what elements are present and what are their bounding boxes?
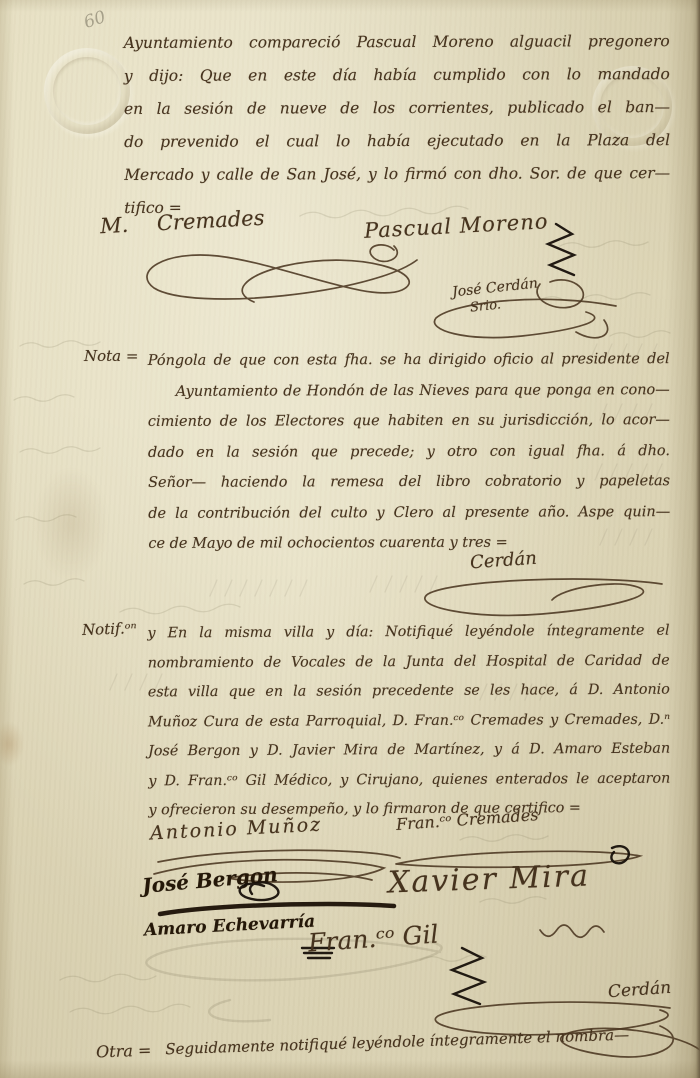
manuscript-line: Señor— haciendo la remesa del libro cobr… bbox=[148, 466, 670, 498]
manuscript-line: y D. Fran.ᶜᵒ Gil Médico, y Cirujano, qui… bbox=[148, 764, 670, 796]
signature-rubric bbox=[536, 918, 616, 944]
manuscript-page: 60 Ayuntamiento compareció Pascual Moren… bbox=[0, 0, 700, 1078]
manuscript-line: do prevenido el cual lo había ejecutado … bbox=[124, 124, 670, 159]
manuscript-line: Ayuntamiento compareció Pascual Moreno a… bbox=[124, 25, 670, 60]
manuscript-line: en la sesión de nueve de los corrientes,… bbox=[124, 91, 670, 126]
manuscript-line: Mercado y calle de San José, y lo firmó … bbox=[124, 157, 670, 192]
manuscript-line: y dijo: Que en este día había cumplido c… bbox=[124, 58, 670, 93]
manuscript-line: Ayuntamiento de Hondón de las Nieves par… bbox=[148, 375, 670, 407]
fingerprint-smudge bbox=[34, 468, 108, 580]
manuscript-line: José Bergon y D. Javier Mira de Martínez… bbox=[148, 735, 670, 767]
signature-rubric bbox=[424, 290, 628, 348]
manuscript-line: dado en la sesión que precede; y otro co… bbox=[148, 436, 670, 468]
opening-paragraph: Ayuntamiento compareció Pascual Moreno a… bbox=[124, 25, 671, 225]
notificacion-label: Notif.ᵒⁿ bbox=[82, 619, 137, 639]
nota-paragraph: Póngola de que con esta fha. se ha dirig… bbox=[148, 344, 671, 559]
page-edge bbox=[696, 0, 700, 1078]
notificacion-paragraph: y En la misma villa y día: Notifiqué ley… bbox=[147, 617, 670, 826]
manuscript-line: de la contribución del culto y Clero al … bbox=[148, 497, 670, 529]
manuscript-line: esta villa que en la sesión precedente s… bbox=[148, 676, 670, 708]
manuscript-line: nombramiento de Vocales de la Junta del … bbox=[148, 646, 670, 678]
signature-xavier-mira: Xavier Mira bbox=[387, 858, 590, 900]
manuscript-line: Póngola de que con esta fha. se ha dirig… bbox=[148, 344, 670, 376]
manuscript-line: y En la misma villa y día: Notifiqué ley… bbox=[147, 617, 669, 649]
manuscript-line: ce de Mayo de mil ochocientos cuarenta y… bbox=[148, 527, 670, 559]
otra-label: Otra = bbox=[96, 1041, 152, 1062]
manuscript-line: cimiento de los Electores que habiten en… bbox=[148, 405, 670, 437]
nota-label: Nota = bbox=[84, 347, 138, 365]
signature-rubric bbox=[132, 238, 432, 318]
manuscript-line: Muñoz Cura de esta Parroquial, D. Fran.ᶜ… bbox=[148, 705, 670, 737]
